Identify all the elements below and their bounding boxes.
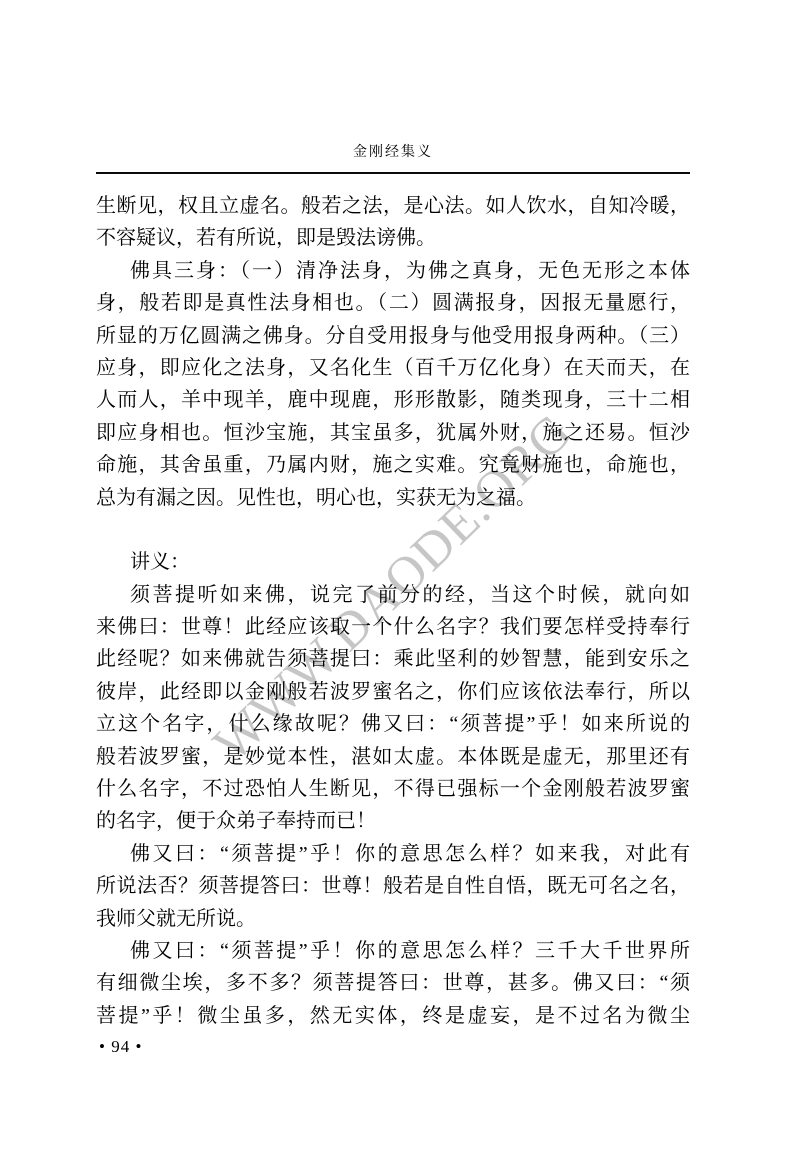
text-line: 有细微尘埃，多不多？须菩提答曰：世尊，甚多。佛又曰：“须 — [96, 967, 690, 999]
text-line: 彼岸，此经即以金刚般若波罗蜜名之，你们应该依法奉行，所以 — [96, 676, 690, 708]
text-line: 总为有漏之因。见性也，明心也，实获无为之福。 — [96, 482, 690, 514]
text-line: 身，般若即是真性法身相也。（二）圆满报身，因报无量愿行， — [96, 287, 690, 319]
text-line: 命施，其舍虽重，乃属内财，施之实难。究竟财施也，命施也， — [96, 449, 690, 481]
text-line: 所说法否？须菩提答曰：世尊！般若是自性自悟，既无可名之名， — [96, 870, 690, 902]
text-line: 人而人，羊中现羊，鹿中现鹿，形形散影，随类现身，三十二相 — [96, 384, 690, 416]
text-line: 应身，即应化之法身，又名化生（百千万亿化身）在天而天，在 — [96, 352, 690, 384]
text-line: 不容疑议，若有所说，即是毁法谤佛。 — [96, 222, 690, 254]
text-line: 来佛曰：世尊！此经应该取一个什么名字？我们要怎样受持奉行 — [96, 611, 690, 643]
text-line: 此经呢？如来佛就告须菩提曰：乘此坚利的妙智慧，能到安乐之 — [96, 643, 690, 675]
text-line: 须菩提听如来佛，说完了前分的经，当这个时候，就向如 — [96, 579, 690, 611]
text-line: 所显的万亿圆满之佛身。分自受用报身与他受用报身两种。（三） — [96, 320, 690, 352]
page-number: • 94 • — [99, 1037, 142, 1057]
text-line: 立这个名字，什么缘故呢？佛又曰：“须菩提”乎！如来所说的 — [96, 708, 690, 740]
page-header-title: 金刚经集义 — [96, 141, 690, 161]
text-line: 什么名字，不过恐怕人生断见，不得已强标一个金刚般若波罗蜜 — [96, 773, 690, 805]
text-line: 菩提”乎！微尘虽多，然无实体，终是虚妄，是不过名为微尘 — [96, 1000, 690, 1032]
text-line: 般若波罗蜜，是妙觉本性，湛如太虚。本体既是虚无，那里还有 — [96, 741, 690, 773]
section-label: 讲义： — [96, 546, 690, 578]
book-page: WWW.DAODE.ORG 金刚经集义 生断见，权且立虚名。般若之法，是心法。如… — [0, 0, 794, 1149]
text-line: 佛又曰：“须菩提”乎！你的意思怎么样？三千大千世界所 — [96, 935, 690, 967]
text-line: 佛具三身：（一）清净法身，为佛之真身，无色无形之本体 — [96, 255, 690, 287]
body-text: 生断见，权且立虚名。般若之法，是心法。如人饮水，自知冷暖，不容疑议，若有所说，即… — [96, 190, 690, 1032]
text-line: 的名字，便于众弟子奉持而已！ — [96, 805, 690, 837]
text-line: 我师父就无所说。 — [96, 903, 690, 935]
text-line: 生断见，权且立虚名。般若之法，是心法。如人饮水，自知冷暖， — [96, 190, 690, 222]
text-line: 佛又曰：“须菩提”乎！你的意思怎么样？如来我，对此有 — [96, 838, 690, 870]
text-line: 即应身相也。恒沙宝施，其宝虽多，犹属外财，施之还易。恒沙 — [96, 417, 690, 449]
header-rule — [96, 172, 690, 174]
